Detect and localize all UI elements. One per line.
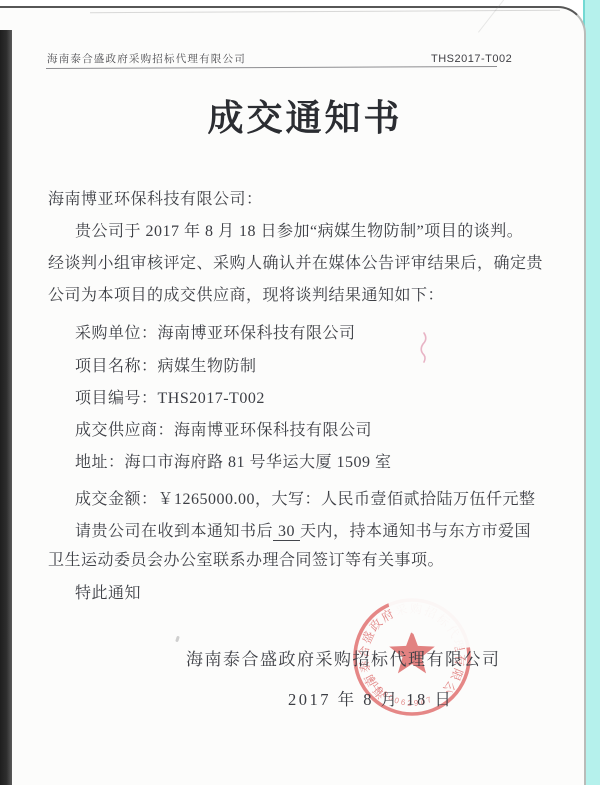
paragraph-line-3: 公司为本项目的成交供应商，现将谈判结果通知如下： — [48, 286, 444, 307]
field-project-number: 项目编号：THS2017-T002 — [75, 389, 265, 410]
field-project-name: 项目名称：病媒生物防制 — [75, 357, 257, 378]
letterhead-company: 海南泰合盛政府采购招标代理有限公司 — [47, 51, 246, 66]
field-address: 地址：海口市海府路 81 号华运大厦 1509 室 — [75, 453, 392, 474]
paragraph-line-2: 经谈判小组审核评定、采购人确认并在媒体公告评审结果后，确定贵 — [48, 254, 543, 275]
signature-company: 海南泰合盛政府采购招标代理有限公司 — [186, 645, 501, 670]
binding-shadow — [0, 30, 12, 785]
signature-date: 2017 年 8 月 18 日 — [288, 686, 453, 710]
pen-smudge-mark — [417, 332, 431, 364]
notice-days-underlined: 30 — [273, 523, 300, 541]
closing-line: 特此通知 — [75, 584, 141, 605]
document-title: 成交通知书 — [0, 90, 600, 141]
field-amount: 成交金额：￥1265000.00，大写：人民币壹佰贰拾陆万伍仟元整 — [75, 490, 536, 511]
notice-line: 请贵公司在收到本通知书后30天内，持本通知书与东方市爱国 — [75, 522, 531, 543]
salutation-line: 海南博亚环保科技有限公司： — [48, 190, 263, 211]
notice-wrap-line: 卫生运动委员会办公室联系办理合同签订等有关事项。 — [48, 551, 444, 572]
notice-pre-text: 请贵公司在收到本通知书后 — [75, 523, 273, 540]
notice-post-text: 天内，持本通知书与东方市爱国 — [300, 523, 531, 540]
paragraph-line-1: 贵公司于 2017 年 8 月 18 日参加“病媒生物防制”项目的谈判。 — [75, 222, 523, 243]
field-purchaser: 采购单位：海南博亚环保科技有限公司 — [75, 324, 356, 345]
field-supplier: 成交供应商：海南博亚环保科技有限公司 — [75, 421, 372, 442]
document-number: THS2017-T002 — [431, 53, 512, 65]
